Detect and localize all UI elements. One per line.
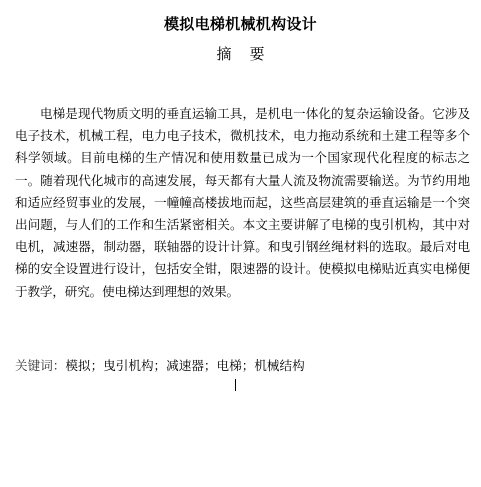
keywords-line: 关键词：模拟；曳引机构；减速器；电梯；机械结构 xyxy=(15,358,305,374)
keywords-text: 模拟；曳引机构；减速器；电梯；机械结构 xyxy=(65,358,304,373)
keywords-label: 关键词： xyxy=(15,358,65,373)
abstract-heading: 摘要 xyxy=(0,43,481,64)
abstract-paragraph: 电梯是现代物质文明的垂直运输工具，是机电一体化的复杂运输设备。它涉及电子技术，机… xyxy=(15,103,470,303)
document-title: 模拟电梯机械机构设计 xyxy=(0,13,481,34)
text-cursor xyxy=(235,379,236,391)
